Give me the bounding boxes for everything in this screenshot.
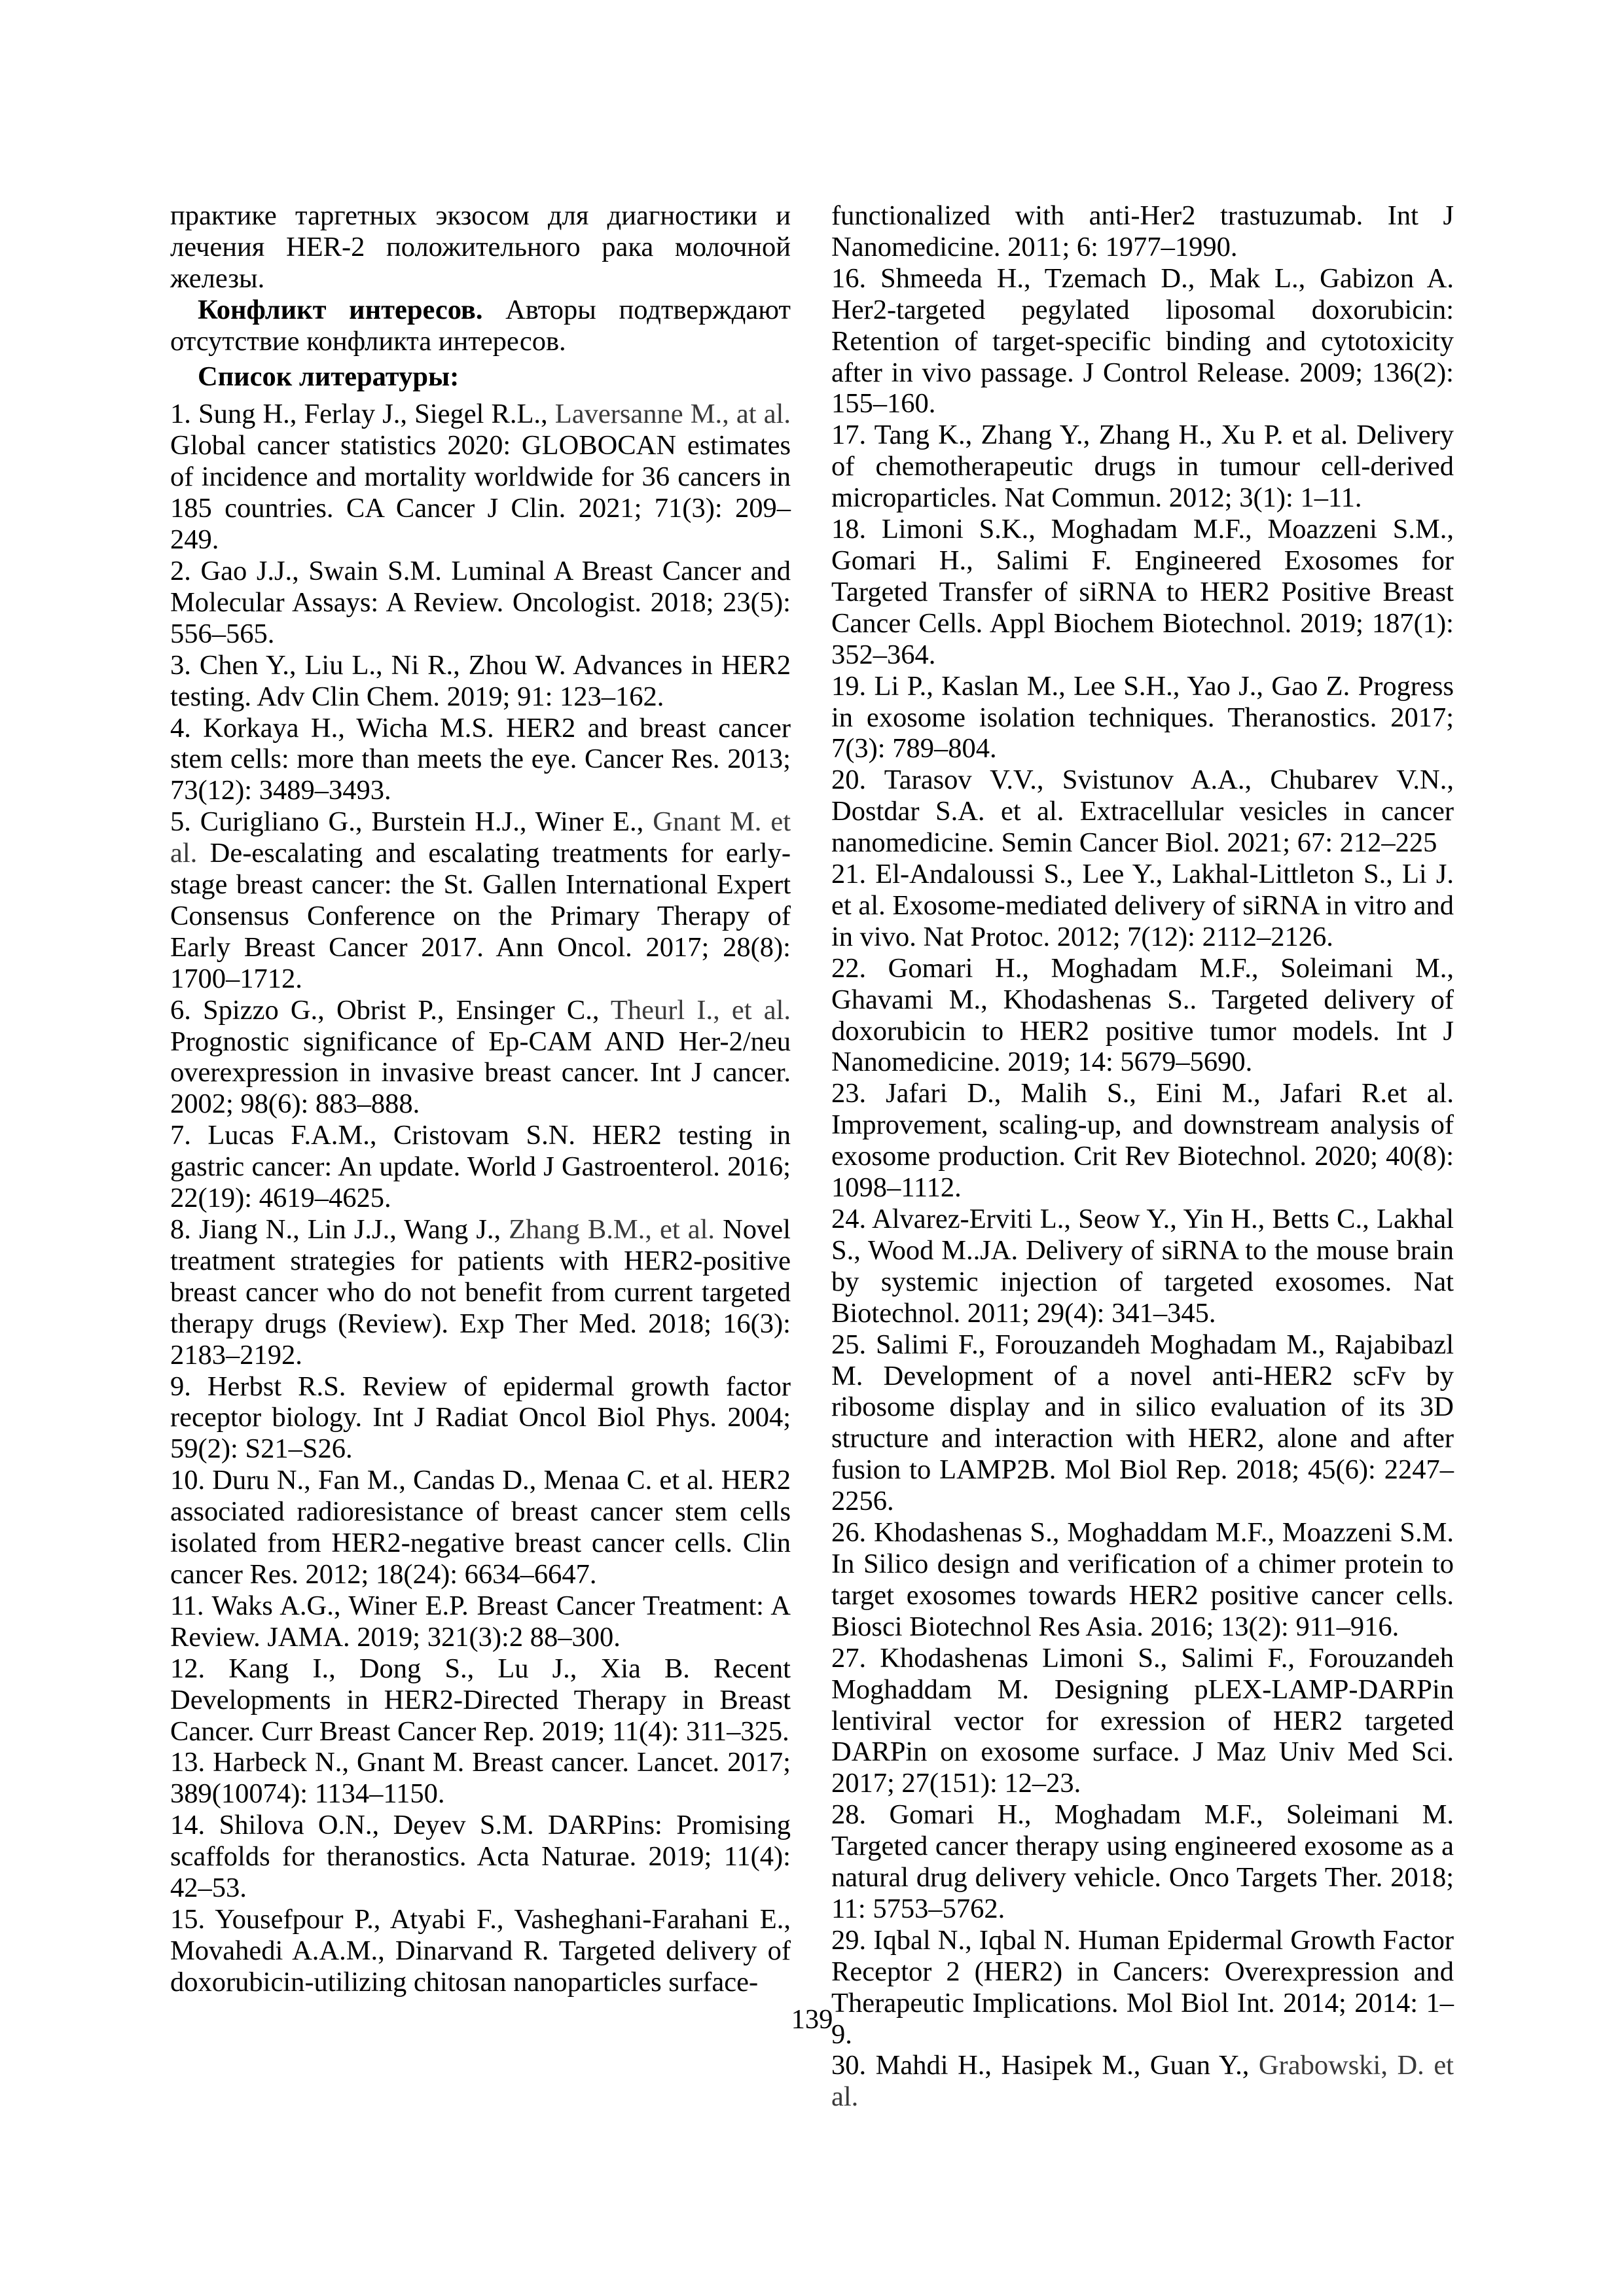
reference-text: 20. Tarasov V.V., Svistunov A.A., Chubar…	[831, 764, 1454, 858]
reference-item: 26. Khodashenas S., Moghaddam M.F., Moaz…	[831, 1517, 1454, 1643]
reference-item: 25. Salimi F., Forouzandeh Moghadam M., …	[831, 1329, 1454, 1517]
reference-item: 14. Shilova O.N., Deyev S.M. DARPins: Pr…	[170, 1810, 791, 1904]
reference-item: 23. Jafari D., Malih S., Eini M., Jafari…	[831, 1078, 1454, 1204]
reference-item: 9. Herbst R.S. Review of epidermal growt…	[170, 1371, 791, 1465]
conflict-of-interest-paragraph: Конфликт интересов. Авторы подтверждают …	[170, 295, 791, 357]
reference-item: 4. Korkaya H., Wicha M.S. HER2 and breas…	[170, 713, 791, 807]
reference-item: 30. Mahdi H., Hasipek M., Guan Y., Grabo…	[831, 2050, 1454, 2113]
reference-item: 12. Kang I., Dong S., Lu J., Xia B. Rece…	[170, 1653, 791, 1748]
reference-item: 5. Curigliano G., Burstein H.J., Winer E…	[170, 806, 791, 994]
reference-text: Global cancer statistics 2020: GLOBOCAN …	[170, 430, 791, 555]
reference-text: 23. Jafari D., Malih S., Eini M., Jafari…	[831, 1078, 1454, 1203]
reference-text: 4. Korkaya H., Wicha M.S. HER2 and breas…	[170, 713, 791, 806]
reference-item: 24. Alvarez-Erviti L., Seow Y., Yin H., …	[831, 1204, 1454, 1329]
reference-text: 8. Jiang N., Lin J.J., Wang J.,	[170, 1214, 509, 1245]
reference-item: 6. Spizzo G., Obrist P., Ensinger C., Th…	[170, 995, 791, 1121]
reference-item: 13. Harbeck N., Gnant M. Breast cancer. …	[170, 1747, 791, 1810]
reference-text: 11. Waks A.G., Winer E.P. Breast Cancer …	[170, 1590, 791, 1653]
references-heading: Список литературы:	[170, 361, 791, 393]
reference-item: 10. Duru N., Fan M., Candas D., Menaa C.…	[170, 1465, 791, 1590]
reference-text: 12. Kang I., Dong S., Lu J., Xia B. Rece…	[170, 1653, 791, 1747]
reference-text: De-escalating and escalating treatments …	[170, 838, 791, 994]
reference-text: 19. Li P., Kaslan M., Lee S.H., Yao J., …	[831, 671, 1454, 764]
reference-text: 15. Yousefpour P., Atyabi F., Vasheghani…	[170, 1904, 791, 1998]
reference-text: 30. Mahdi H., Hasipek M., Guan Y.,	[831, 2050, 1259, 2081]
reference-item: 11. Waks A.G., Winer E.P. Breast Cancer …	[170, 1590, 791, 1653]
reference-text: 3. Chen Y., Liu L., Ni R., Zhou W. Advan…	[170, 650, 791, 712]
reference-text: 21. El-Andaloussi S., Lee Y., Lakhal-Lit…	[831, 859, 1454, 952]
right-column: functionalized with anti-Her2 trastuzuma…	[831, 200, 1454, 2113]
reference-list-right: functionalized with anti-Her2 trastuzuma…	[831, 200, 1454, 2113]
reference-item: 27. Khodashenas Limoni S., Salimi F., Fo…	[831, 1643, 1454, 1800]
reference-text: 17. Tang K., Zhang Y., Zhang H., Xu P. e…	[831, 420, 1454, 513]
reference-author-grey: Zhang B.M., et al.	[509, 1214, 715, 1245]
reference-text: 5. Curigliano G., Burstein H.J., Winer E…	[170, 806, 653, 837]
reference-item: 15. Yousefpour P., Atyabi F., Vasheghani…	[170, 1904, 791, 1998]
reference-item: 19. Li P., Kaslan M., Lee S.H., Yao J., …	[831, 671, 1454, 765]
reference-text: 1. Sung H., Ferlay J., Siegel R.L.,	[170, 399, 555, 429]
reference-text: 22. Gomari H., Moghadam M.F., Soleimani …	[831, 953, 1454, 1078]
reference-text: functionalized with anti-Her2 trastuzuma…	[831, 200, 1454, 262]
reference-text: 10. Duru N., Fan M., Candas D., Menaa C.…	[170, 1465, 791, 1590]
reference-author-grey: Laversanne M., at al.	[555, 399, 791, 429]
conflict-of-interest-label: Конфликт интересов.	[198, 295, 482, 325]
reference-item: 2. Gao J.J., Swain S.M. Luminal A Breast…	[170, 556, 791, 650]
reference-text: 25. Salimi F., Forouzandeh Moghadam M., …	[831, 1329, 1454, 1517]
reference-item: 8. Jiang N., Lin J.J., Wang J., Zhang B.…	[170, 1214, 791, 1371]
reference-text: 16. Shmeeda H., Tzemach D., Mak L., Gabi…	[831, 263, 1454, 420]
reference-text: 13. Harbeck N., Gnant M. Breast cancer. …	[170, 1747, 791, 1809]
reference-item: 18. Limoni S.K., Moghadam M.F., Moazzeni…	[831, 514, 1454, 671]
reference-item: 1. Sung H., Ferlay J., Siegel R.L., Lave…	[170, 399, 791, 556]
page-number: 139	[0, 2004, 1624, 2036]
reference-text: 28. Gomari H., Moghadam M.F., Soleimani …	[831, 1799, 1454, 1924]
intro-continuation: практике таргетных экзосом для диагности…	[170, 200, 791, 295]
reference-text: 26. Khodashenas S., Moghaddam M.F., Moaz…	[831, 1517, 1454, 1642]
reference-text: Prognostic significance of Ep-CAM AND He…	[170, 1026, 791, 1120]
reference-item: 22. Gomari H., Moghadam M.F., Soleimani …	[831, 953, 1454, 1079]
reference-text: 7. Lucas F.A.M., Cristovam S.N. HER2 tes…	[170, 1120, 791, 1213]
reference-text: 24. Alvarez-Erviti L., Seow Y., Yin H., …	[831, 1204, 1454, 1329]
reference-item-continuation: functionalized with anti-Her2 trastuzuma…	[831, 200, 1454, 263]
left-column: практике таргетных экзосом для диагности…	[170, 200, 791, 1998]
reference-text: 14. Shilova O.N., Deyev S.M. DARPins: Pr…	[170, 1810, 791, 1903]
reference-author-grey: Theurl I., et al.	[611, 995, 791, 1026]
reference-text: 2. Gao J.J., Swain S.M. Luminal A Breast…	[170, 556, 791, 649]
reference-item: 7. Lucas F.A.M., Cristovam S.N. HER2 tes…	[170, 1120, 791, 1214]
reference-item: 16. Shmeeda H., Tzemach D., Mak L., Gabi…	[831, 263, 1454, 420]
reference-item: 3. Chen Y., Liu L., Ni R., Zhou W. Advan…	[170, 650, 791, 713]
reference-item: 21. El-Andaloussi S., Lee Y., Lakhal-Lit…	[831, 859, 1454, 953]
reference-text: 27. Khodashenas Limoni S., Salimi F., Fo…	[831, 1643, 1454, 1799]
reference-list-left: 1. Sung H., Ferlay J., Siegel R.L., Lave…	[170, 399, 791, 1998]
journal-page: практике таргетных экзосом для диагности…	[0, 0, 1624, 2296]
reference-text: 9. Herbst R.S. Review of epidermal growt…	[170, 1371, 791, 1465]
reference-item: 20. Tarasov V.V., Svistunov A.A., Chubar…	[831, 764, 1454, 859]
reference-text: 6. Spizzo G., Obrist P., Ensinger C.,	[170, 995, 611, 1026]
reference-item: 28. Gomari H., Moghadam M.F., Soleimani …	[831, 1799, 1454, 1925]
reference-text: 18. Limoni S.K., Moghadam M.F., Moazzeni…	[831, 514, 1454, 670]
reference-item: 17. Tang K., Zhang Y., Zhang H., Xu P. e…	[831, 420, 1454, 514]
